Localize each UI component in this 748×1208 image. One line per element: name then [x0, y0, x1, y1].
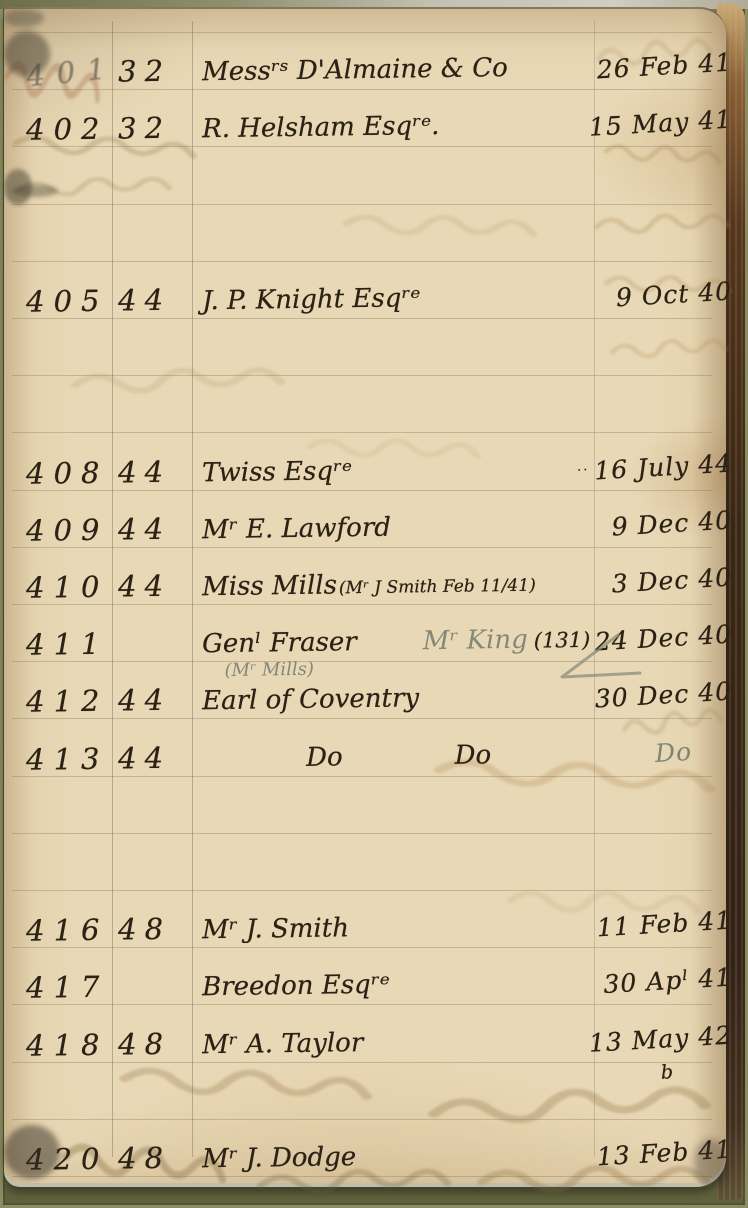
smudge-layer	[4, 9, 726, 1183]
smudge-mark	[4, 9, 44, 27]
ledger-page: 401 32 Messʳˢ D'Almaine & Co 26 Feb 41 4…	[4, 7, 726, 1183]
smudge-mark	[694, 1139, 728, 1183]
smudge-mark	[4, 31, 50, 77]
ledger-scan: 401 32 Messʳˢ D'Almaine & Co 26 Feb 41 4…	[0, 0, 748, 1208]
smudge-mark	[4, 169, 32, 205]
smudge-mark	[12, 185, 58, 197]
smudge-mark	[4, 1125, 60, 1179]
